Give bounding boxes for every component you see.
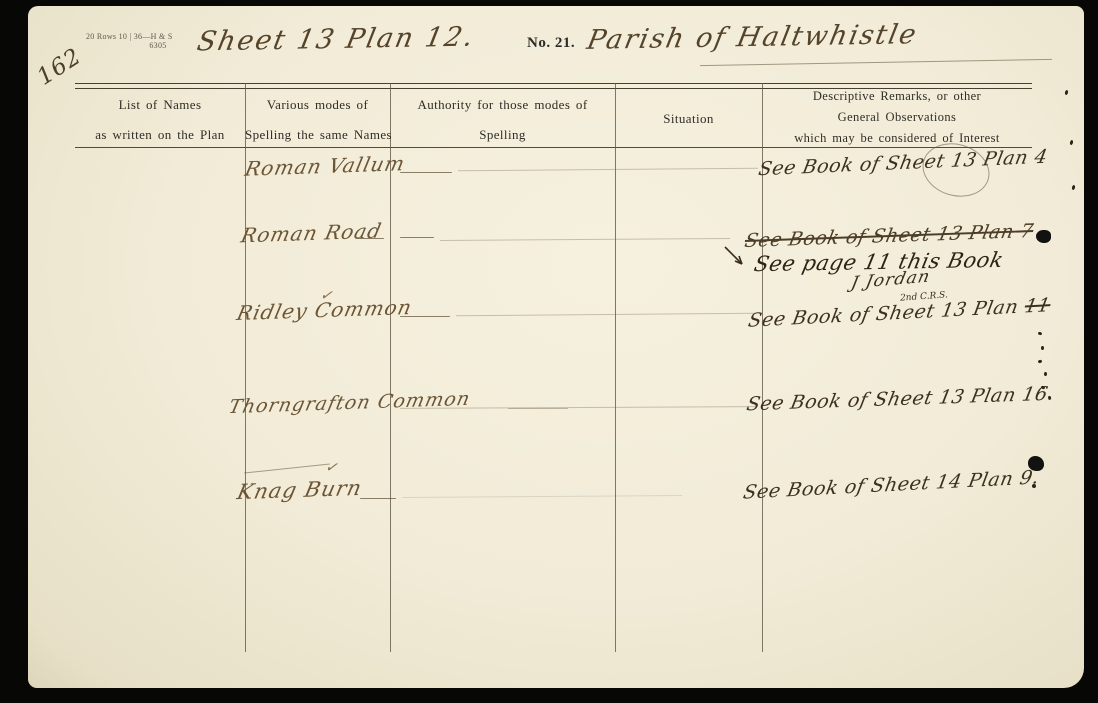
header-line: Descriptive Remarks, or other <box>762 86 1032 107</box>
header-line: Spelling the same Names <box>245 120 390 150</box>
ink-speck <box>1064 90 1068 96</box>
header-line: Various modes of <box>245 90 390 120</box>
header-line: Situation <box>615 104 762 134</box>
header-list-of-names: List of Names as written on the Plan <box>75 90 245 150</box>
entry-name: Knag Burn <box>235 476 365 504</box>
header-line: Spelling <box>390 120 615 150</box>
header-line: General Observations <box>762 107 1032 128</box>
header-line: Authority for those modes of <box>390 90 615 120</box>
entry-remark-text: See Book of Sheet 13 Plan <box>746 296 1020 332</box>
entry-name: Thorngrafton Common <box>227 388 473 418</box>
ditto-line <box>456 313 756 317</box>
header-various-modes: Various modes of Spelling the same Names <box>245 90 390 150</box>
sheet-plan-title: Sheet 13 Plan 12. <box>194 22 477 58</box>
ditto-dash <box>400 237 434 238</box>
header-descriptive-remarks: Descriptive Remarks, or other General Ob… <box>762 86 1032 149</box>
entry-name: Roman Road <box>239 219 384 248</box>
ink-speck <box>1069 140 1073 146</box>
ink-speck <box>1044 372 1047 376</box>
form-number: No. 21. <box>527 35 575 52</box>
ink-speck <box>1041 346 1044 350</box>
ink-speck <box>1038 331 1043 335</box>
entry-name: Roman Vallum <box>243 151 408 181</box>
header-line: as written on the Plan <box>75 120 245 150</box>
header-authority: Authority for those modes of Spelling <box>390 90 615 150</box>
scanned-document: 162 20 Rows 10 | 36—H & S 6305 Sheet 13 … <box>0 0 1098 703</box>
header-line: List of Names <box>75 90 245 120</box>
ink-speck <box>1032 484 1036 488</box>
ink-speck <box>1071 185 1075 191</box>
pen-underline <box>700 59 1052 66</box>
printers-stamp: 20 Rows 10 | 36—H & S 6305 <box>86 32 173 50</box>
ink-speck <box>1048 396 1051 399</box>
parish-title: Parish of Haltwhistle <box>584 19 920 56</box>
entry-remark: See Book of Sheet 13 Plan 16. <box>745 383 1057 416</box>
ditto-line <box>458 168 758 172</box>
plan-number-struck: 11 <box>1023 294 1052 317</box>
ditto-dash <box>400 172 452 173</box>
ink-blot <box>1036 230 1051 243</box>
insertion-arrow-icon <box>722 244 748 270</box>
ink-blot <box>1028 456 1044 471</box>
document-page: 162 20 Rows 10 | 36—H & S 6305 Sheet 13 … <box>28 6 1084 688</box>
pen-flourish <box>244 464 330 474</box>
printers-stamp-line2: 6305 <box>86 41 173 50</box>
entry-name: Ridley Common <box>235 295 415 325</box>
check-mark-icon: ✓ <box>324 457 339 477</box>
ink-speck <box>1038 360 1043 364</box>
entry-remark: See Book of Sheet 13 Plan 4 <box>757 146 1050 180</box>
header-line: which may be considered of Interest <box>762 128 1032 149</box>
ditto-line <box>440 238 730 241</box>
header-situation: Situation <box>615 104 762 134</box>
ditto-line <box>402 495 682 498</box>
printers-stamp-line1: 20 Rows 10 | 36—H & S <box>86 32 173 41</box>
entry-remark: See Book of Sheet 14 Plan 9. <box>741 466 1041 503</box>
